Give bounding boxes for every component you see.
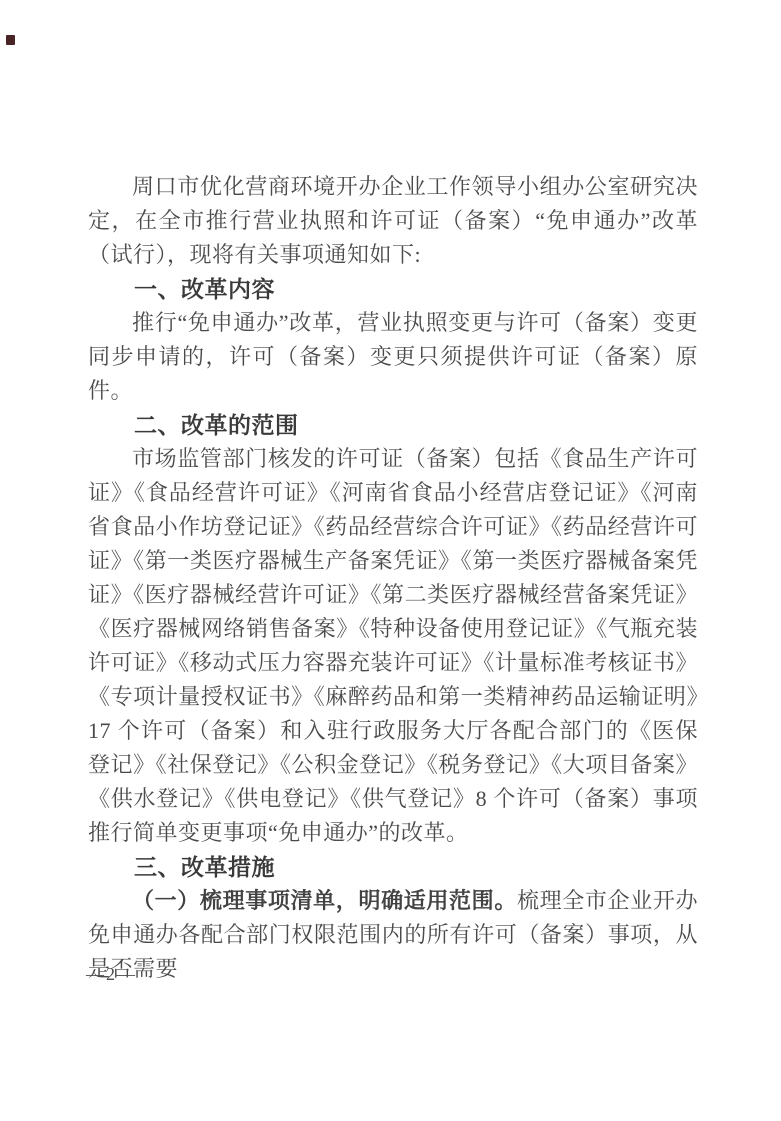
section3-item1-paragraph: （一）梳理事项清单，明确适用范围。梳理全市企业开办免申通办各配合部门权限范围内的… <box>88 884 698 986</box>
section1-heading: 一、改革内容 <box>88 272 698 306</box>
page-number: —2— <box>86 963 137 985</box>
document-body: 周口市优化营商环境开办企业工作领导小组办公室研究决定，在全市推行营业执照和许可证… <box>88 170 698 986</box>
scan-artifact-mark <box>6 35 15 45</box>
document-page: 周口市优化营商环境开办企业工作领导小组办公室研究决定，在全市推行营业执照和许可证… <box>0 0 781 1121</box>
intro-paragraph: 周口市优化营商环境开办企业工作领导小组办公室研究决定，在全市推行营业执照和许可证… <box>88 170 698 272</box>
section1-paragraph: 推行“免申通办”改革，营业执照变更与许可（备案）变更同步申请的，许可（备案）变更… <box>88 306 698 408</box>
section2-heading: 二、改革的范围 <box>88 408 698 442</box>
section3-heading: 三、改革措施 <box>88 850 698 884</box>
section3-item1-lead: （一）梳理事项清单，明确适用范围。 <box>132 888 517 913</box>
section2-paragraph: 市场监管部门核发的许可证（备案）包括《食品生产许可证》《食品经营许可证》《河南省… <box>88 442 698 850</box>
